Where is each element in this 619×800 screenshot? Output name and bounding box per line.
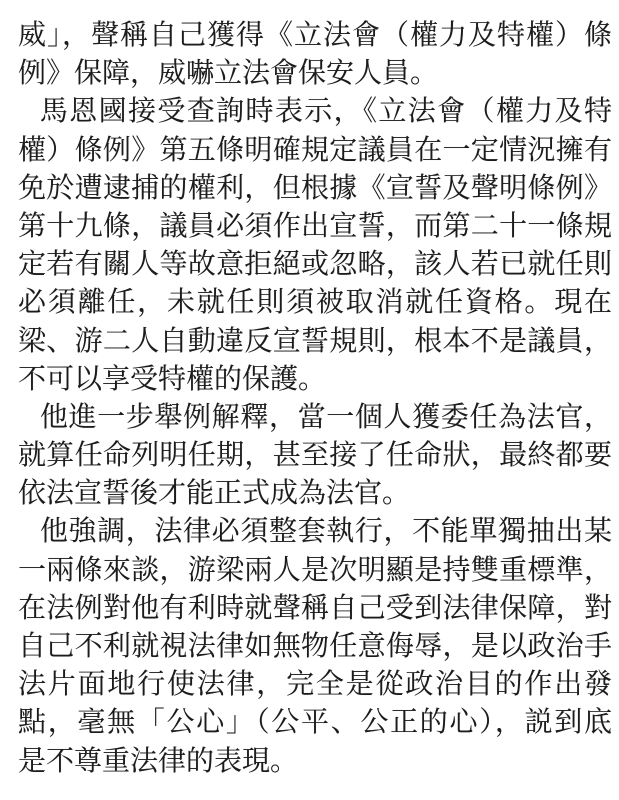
text-line: 梁、游二人自動違反宣誓規則，根本不是議員，	[18, 323, 612, 361]
text-line: 定若有關人等故意拒絕或忽略，該人若已就任則	[18, 246, 612, 284]
text-line: 法片面地行使法律，完全是從政治目的作出發	[18, 666, 612, 704]
text-line: 馬恩國接受查詢時表示，《立法會（權力及特	[18, 93, 612, 131]
text-line: 權）條例》第五條明確規定議員在一定情況擁有	[18, 132, 612, 170]
text-line: 自己不利就視法律如無物任意侮辱，是以政治手	[18, 628, 612, 666]
paragraph: 威」，聲稱自己獲得《立法會（權力及特權）條例》保障，威嚇立法會保安人員。	[18, 17, 612, 93]
text-line: 第十九條，議員必須作出宣誓，而第二十一條規	[18, 208, 612, 246]
text-line: 免於遭逮捕的權利，但根據《宣誓及聲明條例》	[18, 170, 612, 208]
text-line: 必須離任，未就任則須被取消就任資格。現在	[18, 284, 612, 322]
document-page: 威」，聲稱自己獲得《立法會（權力及特權）條例》保障，威嚇立法會保安人員。馬恩國接…	[0, 0, 619, 800]
article-text-column: 威」，聲稱自己獲得《立法會（權力及特權）條例》保障，威嚇立法會保安人員。馬恩國接…	[18, 17, 612, 781]
text-line: 在法例對他有利時就聲稱自己受到法律保障，對	[18, 590, 612, 628]
text-line: 不可以享受特權的保護。	[18, 361, 612, 399]
text-line: 威」，聲稱自己獲得《立法會（權力及特權）條	[18, 17, 612, 55]
text-line: 是不尊重法律的表現。	[18, 743, 612, 781]
paragraph: 他強調，法律必須整套執行，不能單獨抽出某一兩條來談，游梁兩人是次明顯是持雙重標準…	[18, 513, 612, 780]
text-line: 依法宣誓後才能正式成為法官。	[18, 475, 612, 513]
text-line: 一兩條來談，游梁兩人是次明顯是持雙重標準，	[18, 552, 612, 590]
paragraph: 他進一步舉例解釋，當一個人獲委任為法官，就算任命列明任期，甚至接了任命狀，最終都…	[18, 399, 612, 514]
paragraph: 馬恩國接受查詢時表示，《立法會（權力及特權）條例》第五條明確規定議員在一定情況擁…	[18, 93, 612, 399]
text-line: 例》保障，威嚇立法會保安人員。	[18, 55, 612, 93]
text-line: 他強調，法律必須整套執行，不能單獨抽出某	[18, 513, 612, 551]
text-line: 點，毫無「公心」（公平、公正的心），説到底	[18, 704, 612, 742]
text-line: 就算任命列明任期，甚至接了任命狀，最終都要	[18, 437, 612, 475]
text-line: 他進一步舉例解釋，當一個人獲委任為法官，	[18, 399, 612, 437]
